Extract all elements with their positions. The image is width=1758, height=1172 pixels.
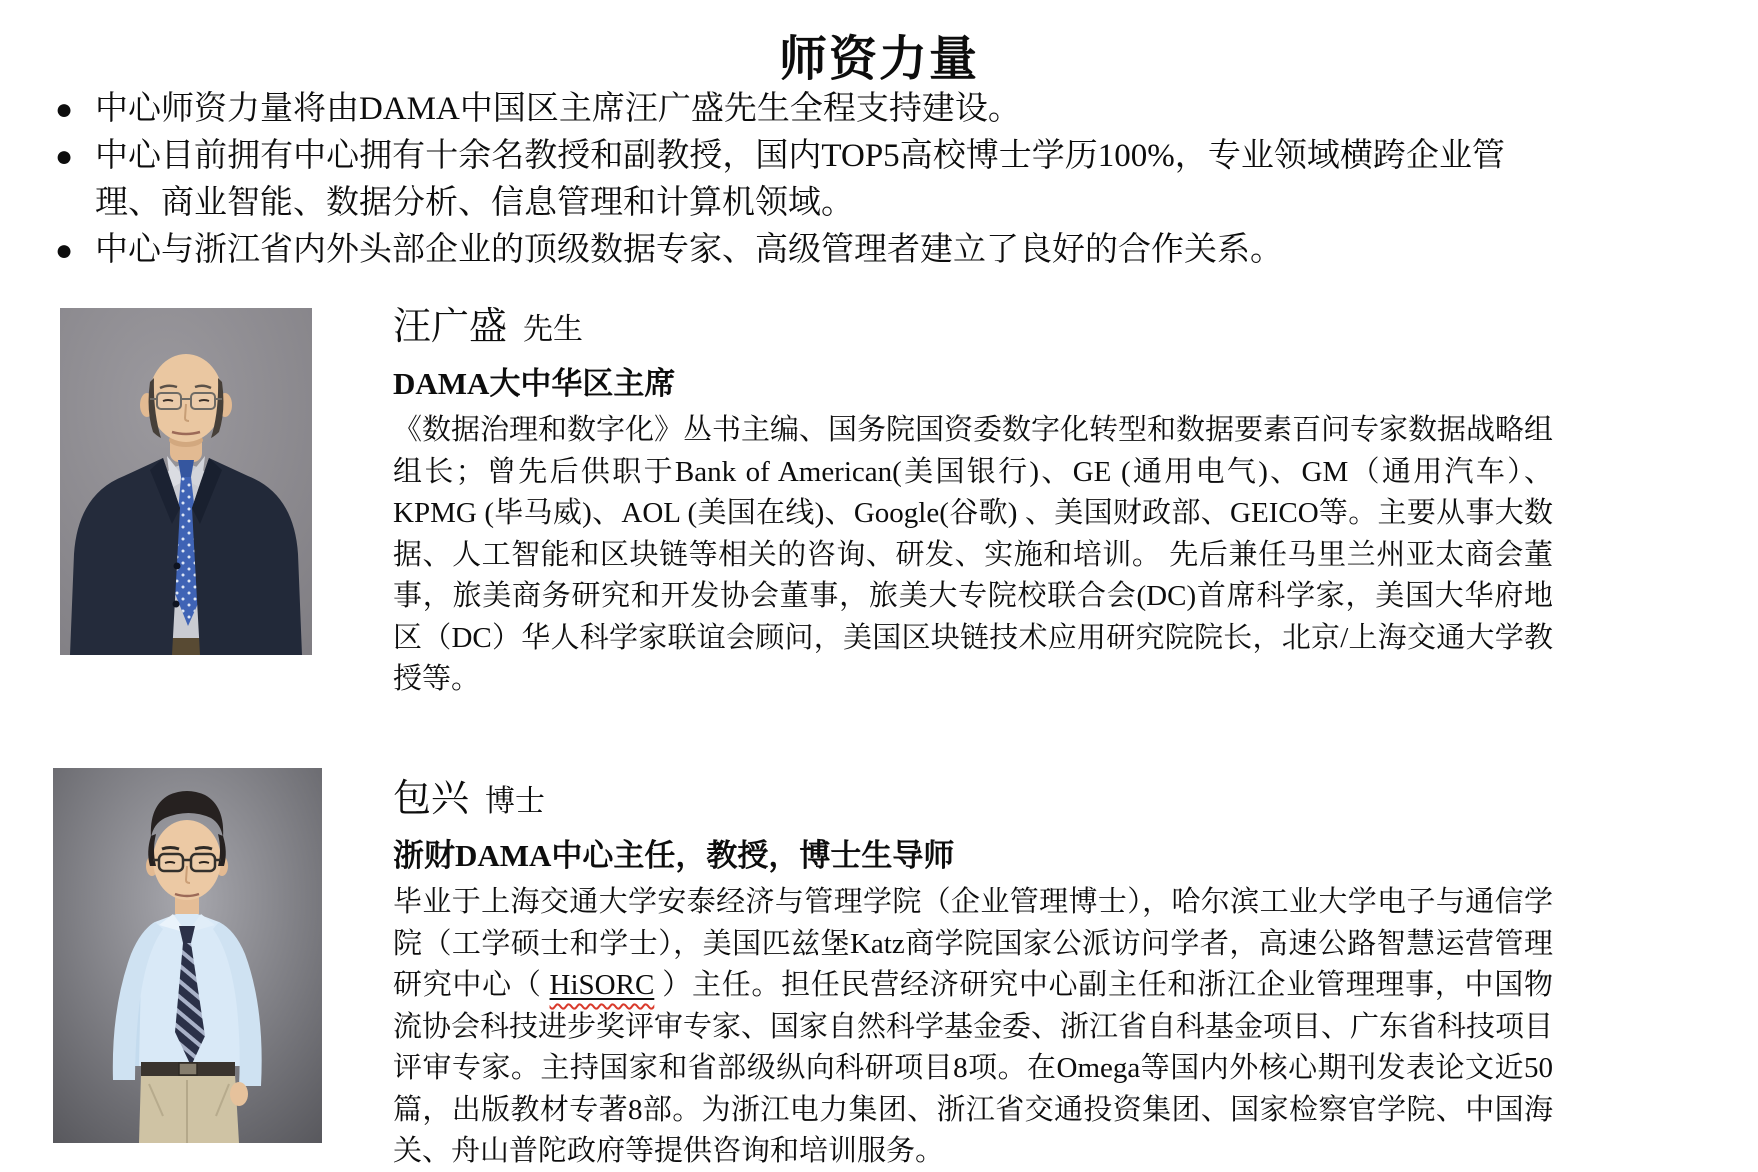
hisorc-link[interactable]: HiSORC <box>550 969 655 1001</box>
profile-name-row: 汪广盛 先生 <box>393 304 1553 358</box>
bullet-text-2: 中心目前拥有中心拥有十余名教授和副教授，国内TOP5高校博士学历100%，专业领… <box>95 133 1505 227</box>
slide-faculty: 师资力量 ● 中心师资力量将由DAMA中国区主席汪广盛先生全程支持建设。 ● 中… <box>0 0 1758 1172</box>
bullet-item-1: ● 中心师资力量将由DAMA中国区主席汪广盛先生全程支持建设。 <box>55 86 1525 133</box>
bullet-icon: ● <box>55 86 95 133</box>
bullet-text-1: 中心师资力量将由DAMA中国区主席汪广盛先生全程支持建设。 <box>95 86 1505 133</box>
profile-role: 浙财DAMA中心主任，教授，博士生导师 <box>393 836 1553 876</box>
profile-role: DAMA大中华区主席 <box>393 364 1553 404</box>
profile-honorific: 先生 <box>523 313 583 346</box>
portrait-wang-illustration <box>60 308 312 655</box>
bullet-item-2: ● 中心目前拥有中心拥有十余名教授和副教授，国内TOP5高校博士学历100%，专… <box>55 133 1525 227</box>
portrait-photo-bao-xing <box>53 768 322 1143</box>
bullet-text-3: 中心与浙江省内外头部企业的顶级数据专家、高级管理者建立了良好的合作关系。 <box>95 227 1505 274</box>
profile-honorific: 博士 <box>485 785 545 818</box>
profile-bao-xing: 包兴 博士 浙财DAMA中心主任，教授，博士生导师 毕业于上海交通大学安泰经济与… <box>393 776 1553 1172</box>
portrait-photo-wang-guangsheng <box>60 308 312 655</box>
bullet-icon: ● <box>55 227 95 274</box>
profile-bio: 毕业于上海交通大学安泰经济与管理学院（企业管理博士），哈尔滨工业大学电子与通信学… <box>393 882 1553 1172</box>
bullet-item-3: ● 中心与浙江省内外头部企业的顶级数据专家、高级管理者建立了良好的合作关系。 <box>55 227 1525 274</box>
bullet-icon: ● <box>55 133 95 180</box>
profile-name: 汪广盛 <box>393 306 507 348</box>
page-title: 师资力量 <box>0 20 1758 89</box>
bullet-list: ● 中心师资力量将由DAMA中国区主席汪广盛先生全程支持建设。 ● 中心目前拥有… <box>55 86 1525 274</box>
profile-bio: 《数据治理和数字化》丛书主编、国务院国资委数字化转型和数据要素百问专家数据战略组… <box>393 410 1553 701</box>
profile-name: 包兴 <box>393 778 469 820</box>
portrait-bao-illustration <box>53 768 322 1143</box>
hisorc-link-text: HiSORC <box>550 969 655 1001</box>
profile-wang-guangsheng: 汪广盛 先生 DAMA大中华区主席 《数据治理和数字化》丛书主编、国务院国资委数… <box>393 304 1553 701</box>
profile-name-row: 包兴 博士 <box>393 776 1553 830</box>
